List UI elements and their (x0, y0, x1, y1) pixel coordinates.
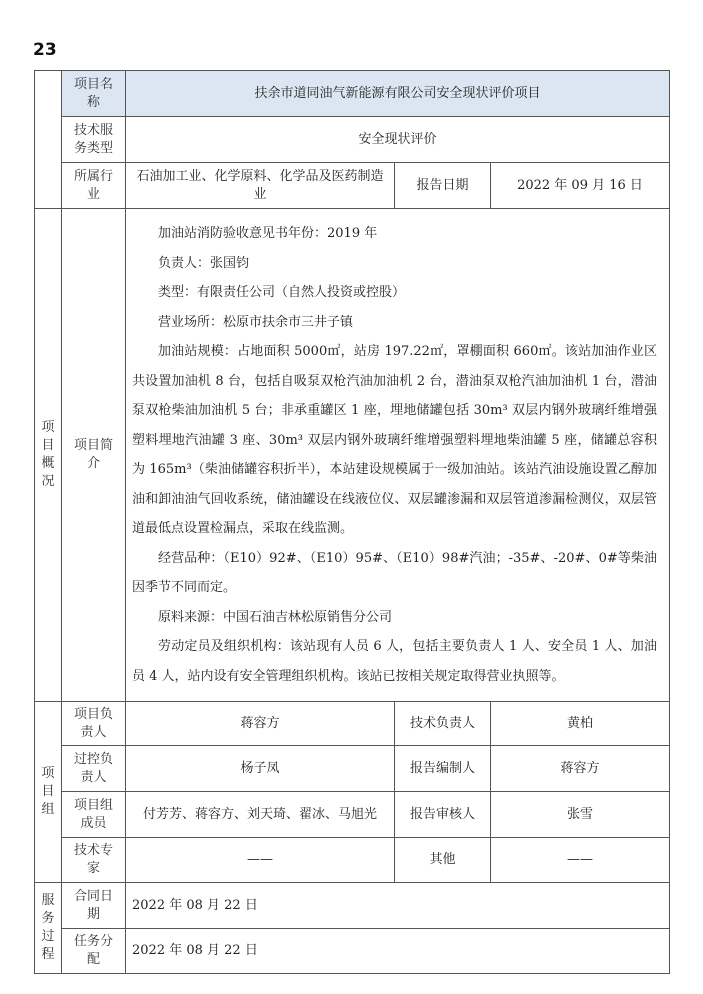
service-value: 2022 年 08 月 22 日 (126, 929, 670, 974)
row-project-intro: 项目概况 项目简介 加油站消防验收意见书年份：2019 年 负责人：张国钧 类型… (35, 209, 670, 702)
team-value: 付芳芳、蒋容方、刘天琦、翟冰、马旭光 (126, 792, 395, 838)
team-label: 项目组成员 (62, 792, 126, 838)
team-label2: 报告审核人 (395, 792, 491, 838)
overview-group-label: 项目概况 (35, 209, 62, 702)
industry-label: 所属行业 (62, 163, 126, 209)
intro-label: 项目简介 (62, 209, 126, 702)
team-row: 项目组 项目负责人 蒋容方 技术负责人 黄柏 (35, 702, 670, 746)
row-service-type: 技术服务类型 安全现状评价 (35, 117, 670, 163)
service-row: 服务过程 合同日期 2022 年 08 月 22 日 (35, 883, 670, 929)
team-row: 过控负责人 杨子凤 报告编制人 蒋容方 (35, 746, 670, 792)
team-label: 项目负责人 (62, 702, 126, 746)
team-label2: 其他 (395, 838, 491, 883)
intro-content: 加油站消防验收意见书年份：2019 年 负责人：张国钧 类型：有限责任公司（自然… (126, 209, 670, 702)
team-value2: 张雪 (491, 792, 670, 838)
intro-paragraph: 负责人：张国钧 (132, 249, 657, 279)
intro-paragraph: 原料来源：中国石油吉林松原销售分公司 (132, 603, 657, 633)
project-name-value: 扶余市道同油气新能源有限公司安全现状评价项目 (126, 71, 670, 117)
industry-value: 石油加工业、化学原料、化学品及医药制造业 (126, 163, 395, 209)
project-info-table: 项目名称 扶余市道同油气新能源有限公司安全现状评价项目 技术服务类型 安全现状评… (34, 70, 670, 974)
team-row: 技术专家 —— 其他 —— (35, 838, 670, 883)
service-row: 任务分配 2022 年 08 月 22 日 (35, 929, 670, 974)
team-label2: 报告编制人 (395, 746, 491, 792)
service-label: 任务分配 (62, 929, 126, 974)
team-value: 蒋容方 (126, 702, 395, 746)
row-industry: 所属行业 石油加工业、化学原料、化学品及医药制造业 报告日期 2022 年 09… (35, 163, 670, 209)
team-value2: 黄柏 (491, 702, 670, 746)
team-label2: 技术负责人 (395, 702, 491, 746)
team-value: 杨子凤 (126, 746, 395, 792)
intro-paragraph: 类型：有限责任公司（自然人投资或控股） (132, 278, 657, 308)
intro-paragraph: 经营品种：（E10）92#、（E10）95#、（E10）98#汽油；-35#、-… (132, 544, 657, 603)
team-label: 过控负责人 (62, 746, 126, 792)
intro-paragraph: 劳动定员及组织机构：该站现有人员 6 人，包括主要负责人 1 人、安全员 1 人… (132, 632, 657, 691)
team-label: 技术专家 (62, 838, 126, 883)
report-date-label: 报告日期 (395, 163, 491, 209)
intro-paragraph: 加油站消防验收意见书年份：2019 年 (132, 219, 657, 249)
intro-paragraph: 加油站规模：占地面积 5000㎡，站房 197.22㎡，罩棚面积 660㎡。该站… (132, 337, 657, 544)
blank-group-cell (35, 71, 62, 209)
service-type-value: 安全现状评价 (126, 117, 670, 163)
service-label: 合同日期 (62, 883, 126, 929)
team-value2: —— (491, 838, 670, 883)
row-project-name: 项目名称 扶余市道同油气新能源有限公司安全现状评价项目 (35, 71, 670, 117)
project-name-label: 项目名称 (62, 71, 126, 117)
service-group-label: 服务过程 (35, 883, 62, 974)
team-row: 项目组成员 付芳芳、蒋容方、刘天琦、翟冰、马旭光 报告审核人 张雪 (35, 792, 670, 838)
team-value: —— (126, 838, 395, 883)
team-group-label: 项目组 (35, 702, 62, 883)
service-type-label: 技术服务类型 (62, 117, 126, 163)
intro-paragraph: 营业场所：松原市扶余市三井子镇 (132, 308, 657, 338)
page-number: 23 (33, 40, 57, 60)
report-date-value: 2022 年 09 月 16 日 (491, 163, 670, 209)
service-value: 2022 年 08 月 22 日 (126, 883, 670, 929)
team-value2: 蒋容方 (491, 746, 670, 792)
